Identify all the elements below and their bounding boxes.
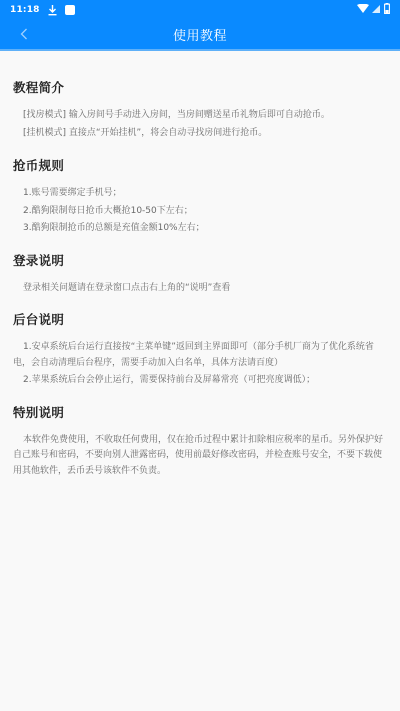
section-special: 特别说明 本软件免费使用，不收取任何费用，仅在抢币过程中累计扣除相应税率的星币。… (13, 403, 387, 480)
paragraph: 1.账号需要绑定手机号； (13, 186, 387, 202)
battery-icon (384, 3, 390, 17)
paragraph: 3.酷狗限制抢币的总额是充值金额10%左右； (13, 221, 387, 237)
tutorial-content: 教程简介 [找房模式] 输入房间号手动进入房间，当房间赠送星币礼物后即可自动抢币… (0, 51, 400, 481)
paragraph: 2.酷狗限制每日抢币大概抢10-50下左右； (13, 204, 387, 220)
section-title: 登录说明 (13, 251, 387, 269)
paragraph: [找房模式] 输入房间号手动进入房间，当房间赠送星币礼物后即可自动抢币。 (13, 108, 387, 124)
back-button[interactable] (14, 24, 34, 44)
section-login: 登录说明 登录相关问题请在登录窗口点击右上角的“说明”查看 (13, 251, 387, 297)
section-body: 1.安卓系统后台运行直接按“主菜单键”返回到主界面即可（部分手机厂商为了优化系统… (13, 340, 387, 389)
status-right (357, 3, 390, 17)
section-rules: 抢币规则 1.账号需要绑定手机号； 2.酷狗限制每日抢币大概抢10-50下左右；… (13, 156, 387, 237)
section-title: 特别说明 (13, 403, 387, 421)
signal-icon (372, 4, 381, 17)
notification-square-icon (65, 5, 75, 15)
section-title: 后台说明 (13, 310, 387, 328)
paragraph: 登录相关问题请在登录窗口点击右上角的“说明”查看 (13, 281, 387, 297)
paragraph: 本软件免费使用，不收取任何费用，仅在抢币过程中累计扣除相应税率的星币。另外保护好… (13, 433, 387, 480)
section-title: 教程简介 (13, 78, 387, 96)
status-bar: 11:18 (0, 0, 400, 20)
section-title: 抢币规则 (13, 156, 387, 174)
paragraph: 2.苹果系统后台会停止运行，需要保持前台及屏幕常亮（可把亮度调低）； (13, 373, 387, 389)
page-title: 使用教程 (173, 25, 227, 44)
section-intro: 教程简介 [找房模式] 输入房间号手动进入房间，当房间赠送星币礼物后即可自动抢币… (13, 78, 387, 141)
section-background: 后台说明 1.安卓系统后台运行直接按“主菜单键”返回到主界面即可（部分手机厂商为… (13, 310, 387, 389)
section-body: 1.账号需要绑定手机号； 2.酷狗限制每日抢币大概抢10-50下左右； 3.酷狗… (13, 186, 387, 237)
status-time: 11:18 (10, 5, 40, 15)
paragraph: [挂机模式] 直接点“开始挂机”，将会自动寻找房间进行抢币。 (13, 126, 387, 142)
section-body: 登录相关问题请在登录窗口点击右上角的“说明”查看 (13, 281, 387, 297)
wifi-icon (357, 4, 369, 17)
section-body: [找房模式] 输入房间号手动进入房间，当房间赠送星币礼物后即可自动抢币。 [挂机… (13, 108, 387, 141)
chevron-left-icon (20, 25, 28, 44)
download-icon (48, 5, 57, 16)
status-left: 11:18 (10, 5, 75, 16)
app-bar: 使用教程 (0, 20, 400, 49)
section-body: 本软件免费使用，不收取任何费用，仅在抢币过程中累计扣除相应税率的星币。另外保护好… (13, 433, 387, 480)
paragraph: 1.安卓系统后台运行直接按“主菜单键”返回到主界面即可（部分手机厂商为了优化系统… (13, 340, 387, 371)
